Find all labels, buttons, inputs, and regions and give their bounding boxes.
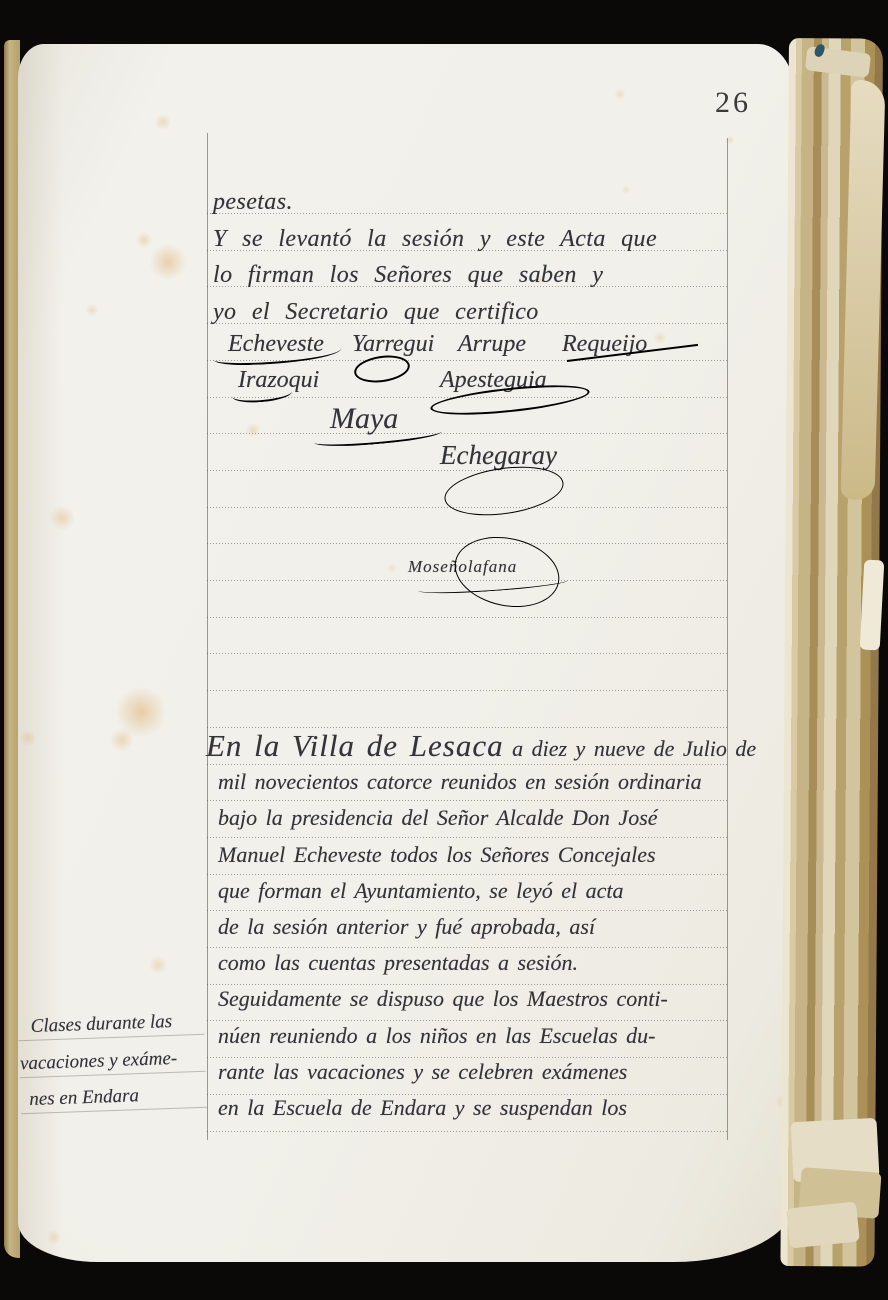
signature-yarregui: Yarregui [352, 331, 434, 358]
session-line: bajo la presidencia del Señor Alcalde Do… [206, 800, 736, 836]
session-line: Seguidamente se dispuso que los Maestros… [206, 981, 736, 1017]
closing-paragraph: pesetas. Y se levantó la sesión y este A… [213, 184, 747, 331]
session-line: en la Escuela de Endara y se suspendan l… [206, 1090, 736, 1126]
page-number: 26 [698, 86, 768, 120]
session-paragraph: En la Villa de Lesaca a diez y nueve de … [206, 728, 736, 1126]
session-line: mil novecientos catorce reunidos en sesi… [206, 764, 736, 800]
closing-line: lo firman los Señores que saben y [213, 257, 747, 294]
session-line: como las cuentas presentadas a sesión. [206, 945, 736, 981]
manuscript-page: 26 pesetas. Y se levantó la sesión y est… [18, 44, 794, 1262]
closing-line: pesetas. [213, 184, 747, 221]
session-opening-line: En la Villa de Lesaca a diez y nueve de … [206, 728, 736, 764]
margin-note-line: nes en Endara [21, 1076, 214, 1119]
closing-line: yo el Secretario que certifico [213, 294, 747, 331]
session-opening: En la Villa de Lesaca [206, 728, 504, 763]
closing-line: Y se levantó la sesión y este Acta que [213, 221, 747, 258]
signature-arrupe: Arrupe [458, 331, 526, 358]
session-line: rante las vacaciones y se celebren exáme… [206, 1054, 736, 1090]
page-edge-shard [860, 560, 885, 651]
session-line: Manuel Echeveste todos los Señores Conce… [206, 837, 736, 873]
page-edge-shard [786, 1201, 860, 1248]
signature-echegaray: Echegaray [440, 440, 557, 471]
session-line: que forman el Ayuntamiento, se leyó el a… [206, 873, 736, 909]
margin-note: Clases durante las vacaciones y exáme- n… [18, 1003, 214, 1120]
session-line: núen reuniendo a los niños en las Escuel… [206, 1018, 736, 1054]
session-opening-continuation: a diez y nueve de Julio de [504, 736, 757, 761]
archival-scan: 26 pesetas. Y se levantó la sesión y est… [0, 0, 888, 1300]
session-line: de la sesión anterior y fué aprobada, as… [206, 909, 736, 945]
